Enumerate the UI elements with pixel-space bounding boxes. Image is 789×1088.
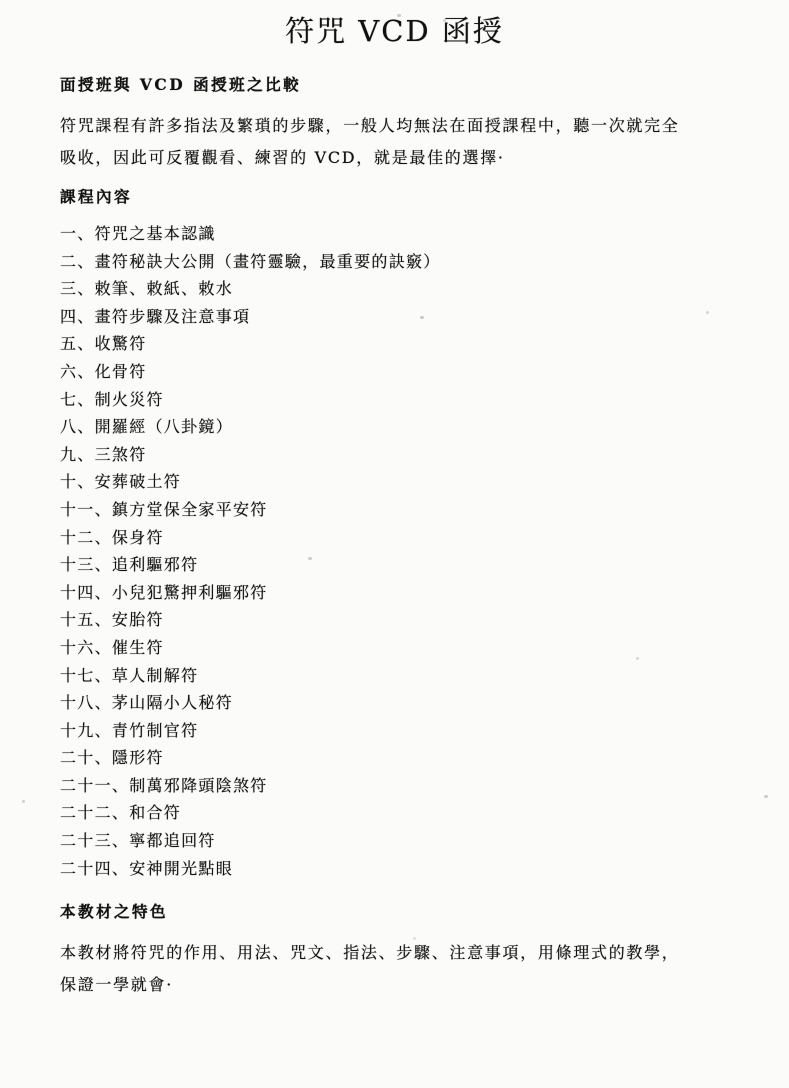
course-list-item: 三、敕筆、敕紙、敕水	[60, 275, 709, 303]
course-list-item: 十一、鎮方堂保全家平安符	[60, 496, 709, 524]
course-item-list: 一、符咒之基本認識二、畫符秘訣大公開（畫符靈驗，最重要的訣竅）三、敕筆、敕紙、敕…	[60, 220, 709, 882]
section-heading-features: 本教材之特色	[60, 902, 709, 922]
course-list-item: 十九、青竹制官符	[60, 717, 709, 745]
scan-speck	[636, 657, 639, 660]
course-list-item: 四、畫符步驟及注意事項	[60, 303, 709, 331]
page-content: 面授班與 VCD 函授班之比較 符咒課程有許多指法及繁瑣的步驟，一般人均無法在面…	[0, 75, 789, 1000]
section-heading-course-content: 課程內容	[60, 187, 709, 207]
course-list-item: 二十、隱形符	[60, 744, 709, 772]
scan-speck	[764, 795, 768, 798]
paragraph-line: 本教材將符咒的作用、用法、咒文、指法、步驟、注意事項，用條理式的教學，	[60, 937, 709, 969]
scan-speck	[413, 937, 416, 940]
course-list-item: 十六、催生符	[60, 634, 709, 662]
scan-speck	[443, 19, 446, 22]
course-list-item: 二十三、寧都追回符	[60, 827, 709, 855]
paragraph-comparison: 符咒課程有許多指法及繁瑣的步驟，一般人均無法在面授課程中，聽一次就完全吸收，因此…	[60, 110, 709, 173]
scan-speck	[420, 316, 424, 319]
paragraph-line: 保證一學就會·	[60, 969, 709, 1001]
course-list-item: 十五、安胎符	[60, 606, 709, 634]
course-list-item: 六、化骨符	[60, 358, 709, 386]
course-list-item: 十八、茅山隔小人秘符	[60, 689, 709, 717]
course-list-item: 十、安葬破土符	[60, 468, 709, 496]
paragraph-line: 符咒課程有許多指法及繁瑣的步驟，一般人均無法在面授課程中，聽一次就完全	[60, 110, 709, 142]
course-list-item: 十二、保身符	[60, 524, 709, 552]
course-list-item: 二十一、制萬邪降頭陰煞符	[60, 772, 709, 800]
course-list-item: 十三、追利驅邪符	[60, 551, 709, 579]
course-list-item: 九、三煞符	[60, 441, 709, 469]
scan-speck	[308, 557, 312, 560]
course-list-item: 十四、小兒犯驚押利驅邪符	[60, 579, 709, 607]
course-list-item: 二十二、和合符	[60, 799, 709, 827]
course-list-item: 二、畫符秘訣大公開（畫符靈驗，最重要的訣竅）	[60, 248, 709, 276]
scan-speck	[397, 14, 401, 17]
course-list-item: 二十四、安神開光點眼	[60, 855, 709, 883]
course-list-item: 十七、草人制解符	[60, 662, 709, 690]
paragraph-line: 吸收，因此可反覆觀看、練習的 VCD，就是最佳的選擇·	[60, 142, 709, 174]
course-list-item: 七、制火災符	[60, 386, 709, 414]
scanned-page: 符咒 VCD 函授 面授班與 VCD 函授班之比較 符咒課程有許多指法及繁瑣的步…	[0, 0, 789, 1088]
page-title: 符咒 VCD 函授	[0, 0, 789, 49]
scan-speck	[22, 800, 25, 803]
section-heading-comparison: 面授班與 VCD 函授班之比較	[60, 75, 709, 95]
course-list-item: 八、開羅經（八卦鏡）	[60, 413, 709, 441]
course-list-item: 一、符咒之基本認識	[60, 220, 709, 248]
course-list-item: 五、收驚符	[60, 330, 709, 358]
paragraph-features: 本教材將符咒的作用、用法、咒文、指法、步驟、注意事項，用條理式的教學，保證一學就…	[60, 937, 709, 1000]
scan-speck	[706, 311, 709, 314]
